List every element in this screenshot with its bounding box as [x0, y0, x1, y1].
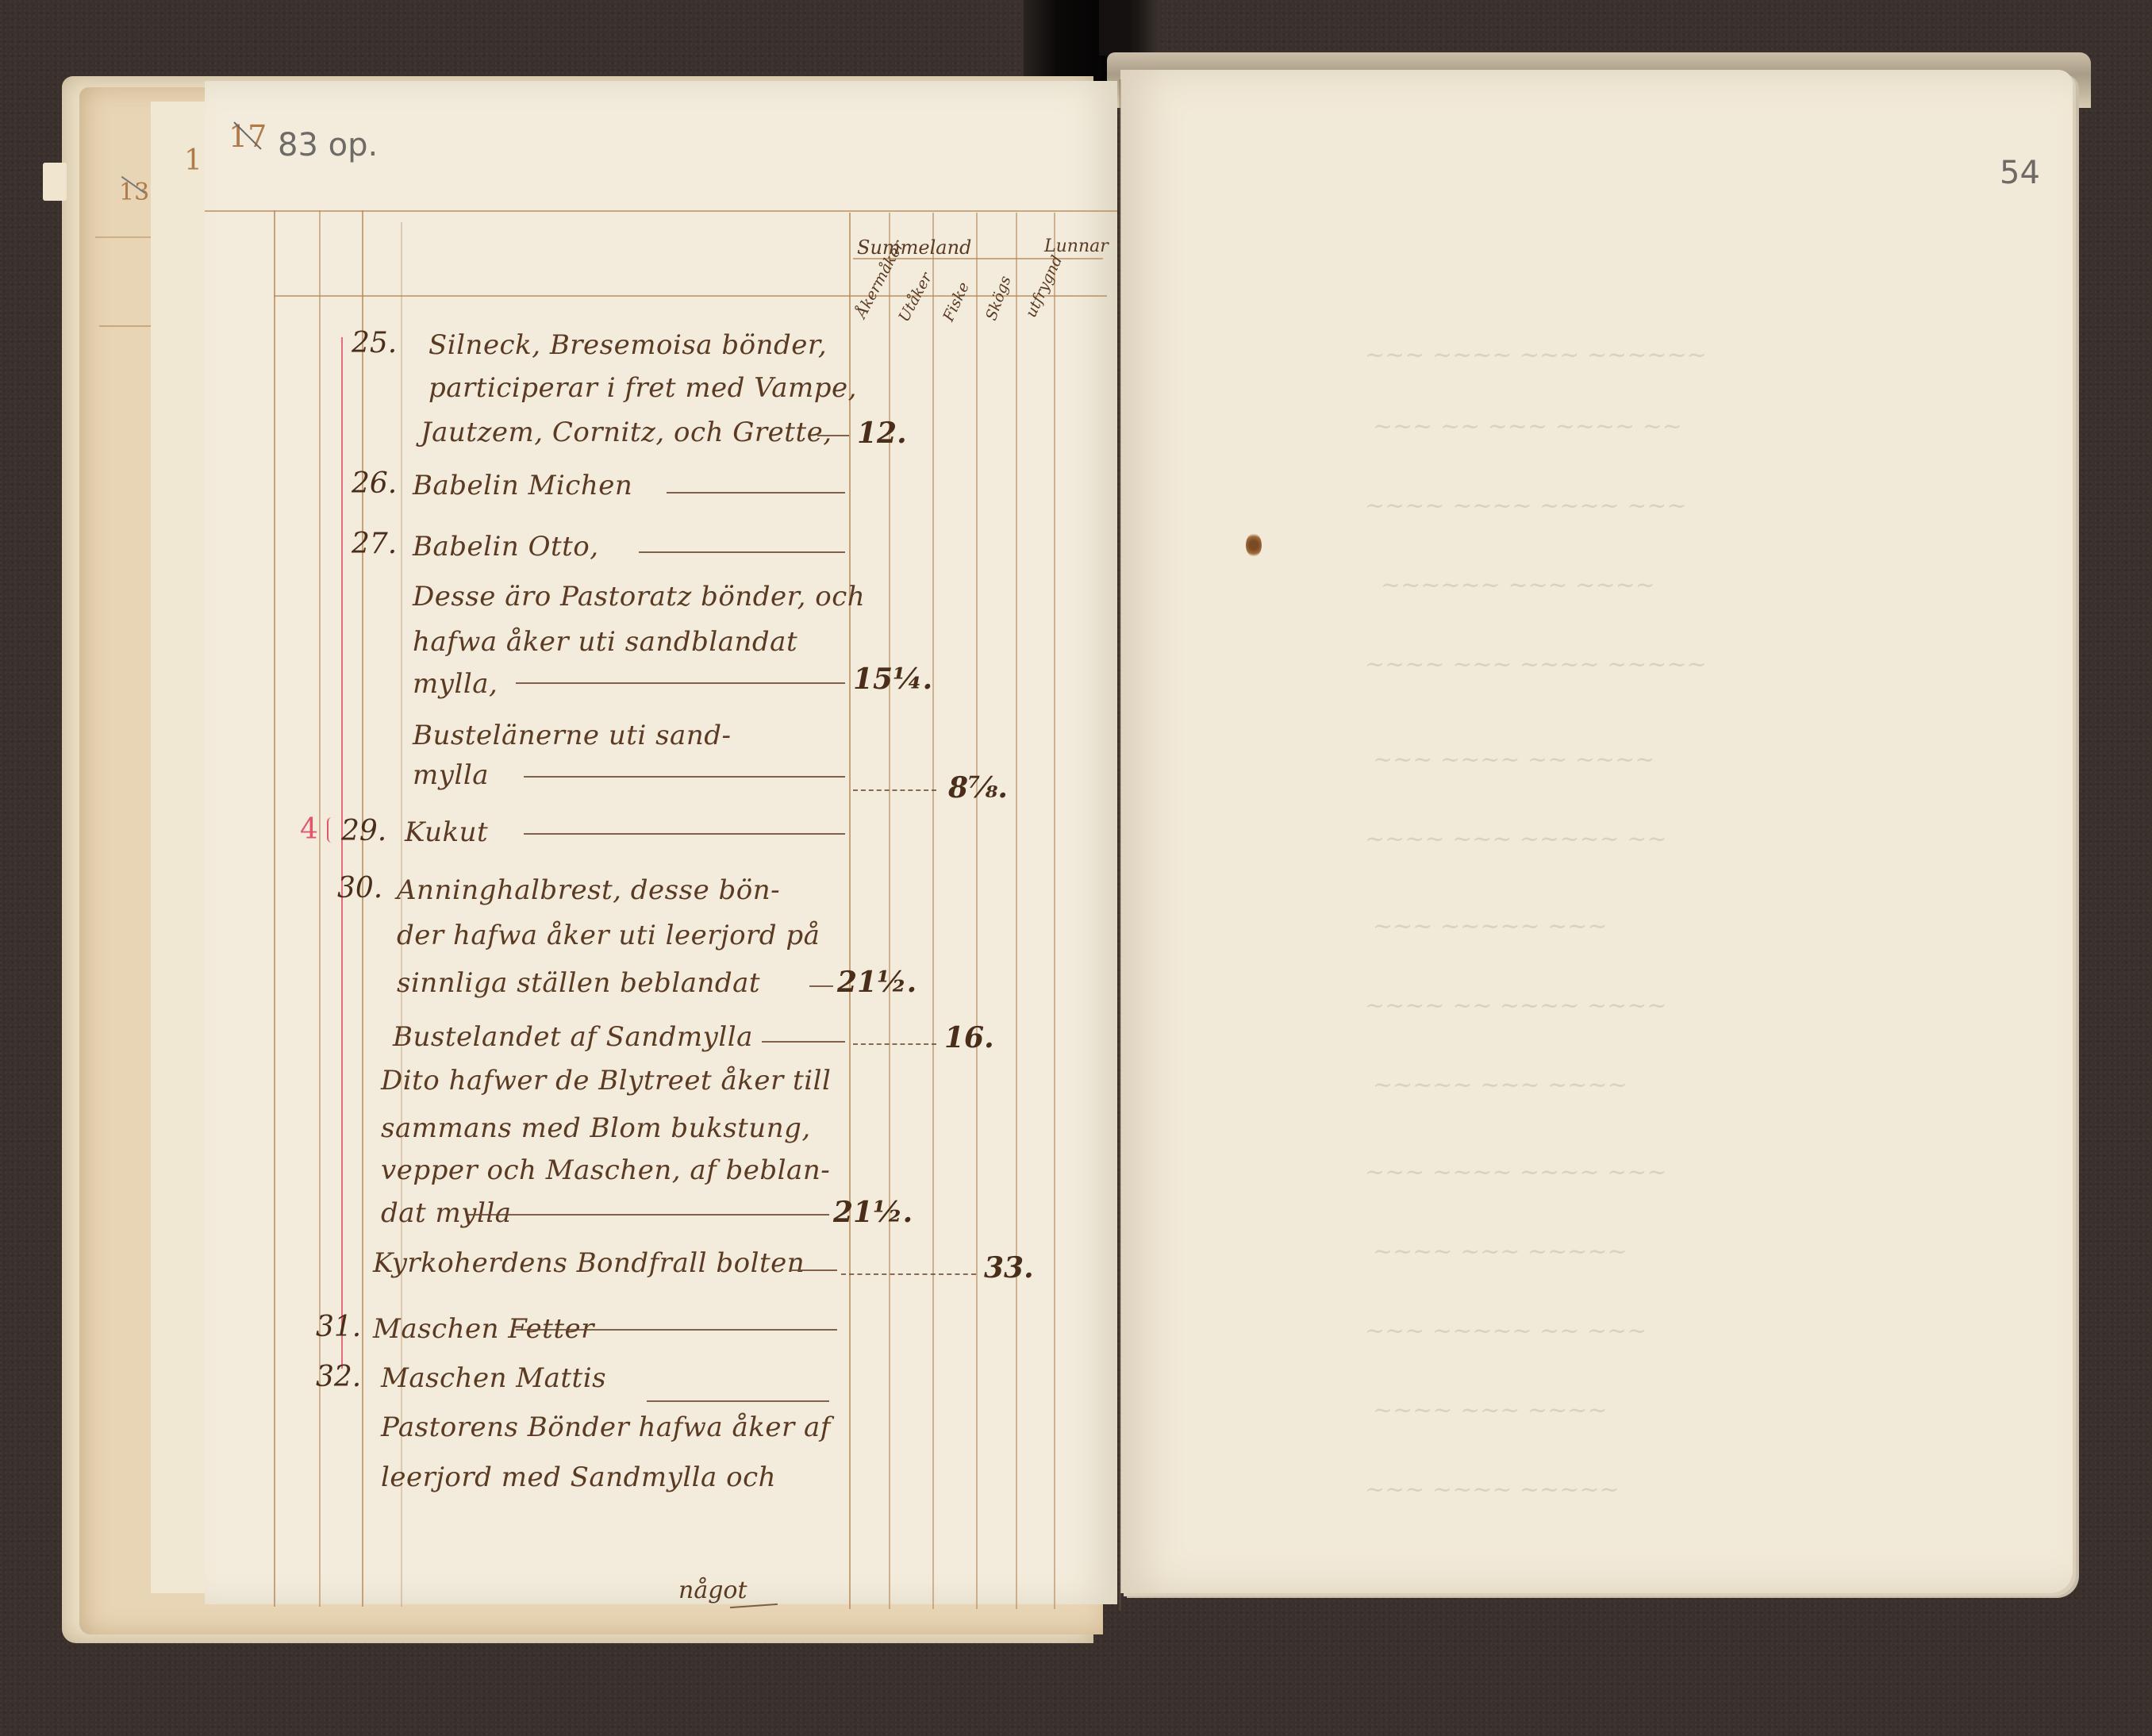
value-cell: 15¼.	[853, 665, 932, 693]
book-spine-gap	[1099, 0, 1131, 56]
value-cell: 33.	[984, 1254, 1034, 1282]
bleed-through-text: ~~~~~~ ~~~ ~~~~	[1381, 571, 1655, 599]
entry-text-line: Pastorens Bönder hafwa åker af	[381, 1414, 831, 1441]
entry-number: 29.	[341, 817, 386, 846]
entry-text-line: Kukut	[405, 819, 488, 846]
entry-text-line: Silneck, Bresemoisa bönder,	[428, 332, 827, 359]
entry-text-line: Maschen Mattis	[381, 1365, 606, 1392]
leader-line	[639, 551, 845, 553]
entry-number: 30.	[337, 874, 382, 903]
entry-text-line: hafwa åker uti sandblandat	[413, 628, 797, 655]
folio-mark-crossed-1: 1	[184, 144, 202, 177]
header-bottom-rule	[274, 295, 1107, 297]
leader-line	[647, 1400, 829, 1402]
entry-text-line: Desse äro Pastoratz bönder, och	[413, 583, 865, 610]
bleed-through-text: ~~~~ ~~~ ~~~~	[1373, 1396, 1608, 1424]
bleed-through-text: ~~~ ~~ ~~~ ~~~~ ~~	[1373, 413, 1682, 440]
value-column-rule	[932, 213, 934, 1609]
column-rule	[362, 210, 363, 1607]
page-tab-flap	[43, 163, 67, 201]
leader-line	[790, 1269, 837, 1271]
table-top-rule	[205, 210, 1117, 212]
value-column-rule	[1054, 213, 1055, 1609]
leader-line-dotted	[853, 1043, 936, 1045]
entry-text-line: Kyrkoherdens Bondfrall bolten	[373, 1250, 805, 1277]
value-column-rule	[1016, 213, 1017, 1609]
column-rule	[319, 210, 321, 1607]
red-bracket	[327, 817, 336, 843]
bleed-through-text: ~~~ ~~~~~ ~~~	[1373, 912, 1608, 940]
catchword: något	[678, 1579, 747, 1603]
entry-text-line: sammans med Blom bukstung,	[381, 1115, 811, 1142]
bleed-through-text: ~~~~ ~~~~ ~~~~ ~~~	[1365, 492, 1687, 520]
value-column-rule	[849, 213, 851, 1609]
entry-text-line: dat mylla	[381, 1200, 511, 1227]
entry-number: 25.	[352, 329, 397, 358]
underleaf-rule	[99, 325, 151, 327]
leader-line-dotted	[853, 789, 936, 791]
margin-marker: 4	[300, 813, 318, 846]
leader-line	[524, 776, 845, 778]
leader-line	[762, 1041, 845, 1043]
entry-number: 31.	[316, 1313, 361, 1342]
column-rule	[274, 210, 275, 1607]
entry-text-line: vepper och Maschen, af beblan-	[381, 1157, 830, 1184]
value-cell: 21½.	[833, 1198, 913, 1227]
entry-text-line: participerar i fret med Vampe,	[428, 374, 857, 401]
entry-text-line: Dito hafwer de Blytreet åker till	[381, 1067, 831, 1094]
folio-number: 54	[2000, 155, 2040, 191]
entry-text-line: der hafwa åker uti leerjord på	[397, 922, 820, 949]
leader-line	[809, 985, 833, 987]
bleed-through-text: ~~~~ ~~~ ~~~~~ ~~	[1365, 825, 1667, 853]
gutter	[1119, 79, 1121, 1611]
entry-text-line: mylla,	[413, 670, 498, 697]
leader-line	[516, 682, 845, 684]
leader-line-dotted	[841, 1273, 976, 1275]
bleed-through-text: ~~~ ~~~~ ~~~~~	[1365, 1476, 1620, 1504]
leader-line	[468, 1214, 829, 1216]
bleed-through-text: ~~~ ~~~~~ ~~ ~~~	[1365, 1317, 1647, 1345]
entry-text-line: Bustelänerne uti sand-	[413, 722, 731, 749]
entry-text-line: Jautzem, Cornitz, och Grette,	[421, 419, 832, 446]
column-rule	[401, 222, 402, 1607]
value-cell: 12.	[857, 419, 907, 447]
leader-line	[667, 492, 845, 494]
column-group-header-2: Lunnar	[1044, 238, 1109, 255]
ink-spot	[1246, 533, 1262, 557]
entry-text-line: Bustelandet af Sandmylla	[393, 1024, 753, 1050]
bleed-through-text: ~~~ ~~~~ ~~ ~~~~	[1373, 746, 1654, 774]
bleed-through-text: ~~~~ ~~~ ~~~~~	[1373, 1238, 1627, 1266]
column-group-header-1: Summeland	[857, 238, 971, 257]
entry-text-line: leerjord med Sandmylla och	[381, 1464, 776, 1491]
entry-number: 32.	[316, 1363, 361, 1392]
leader-line	[524, 833, 845, 835]
entry-text-line: mylla	[413, 762, 489, 789]
bleed-through-text: ~~~ ~~~~ ~~~~ ~~~	[1365, 1158, 1667, 1186]
bleed-through-text: ~~~ ~~~~ ~~~ ~~~~~~	[1365, 341, 1707, 369]
leader-line	[516, 1329, 837, 1331]
leader-line	[817, 435, 849, 436]
value-column-rule	[976, 213, 978, 1609]
value-cell: 8⅞.	[948, 774, 1008, 802]
entry-text-line: Babelin Michen	[413, 472, 632, 499]
entry-text-line: sinnliga ställen beblandat	[397, 970, 760, 997]
pencil-folio-note: 83 op.	[278, 127, 378, 163]
bleed-through-text: ~~~~~ ~~~ ~~~~	[1373, 1071, 1627, 1099]
value-cell: 21½.	[837, 968, 917, 997]
bleed-through-text: ~~~~ ~~~ ~~~~ ~~~~~	[1365, 651, 1707, 678]
value-cell: 16.	[944, 1024, 994, 1052]
entry-number: 27.	[352, 530, 397, 559]
underleaf-rule	[95, 236, 151, 238]
red-margin-rule	[341, 337, 343, 1369]
bleed-through-text: ~~~~ ~~ ~~~~ ~~~~	[1365, 992, 1667, 1020]
entry-text-line: Anninghalbrest, desse bön-	[397, 877, 780, 904]
entry-number: 26.	[352, 470, 397, 498]
entry-text-line: Babelin Otto,	[413, 533, 599, 560]
